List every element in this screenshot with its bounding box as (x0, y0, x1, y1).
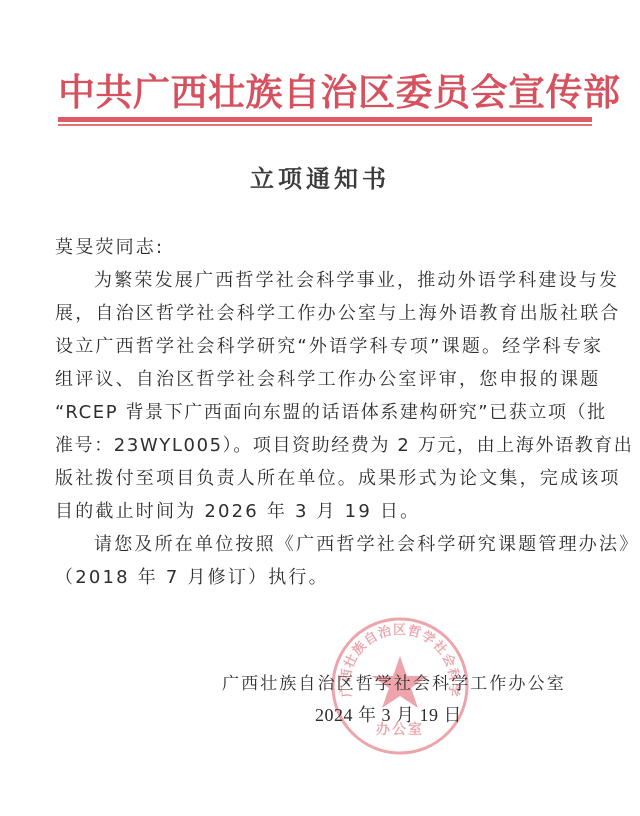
document-title: 立项通知书 (0, 164, 640, 194)
body-line-5: “RCEP 背景下广西面向东盟的话语体系建构研究”已获立项（批 (55, 401, 585, 425)
body-line-2: 展，自治区哲学社会科学工作办公室与上海外语教育出版社联合 (55, 302, 585, 326)
body-line-7: 版社拨付至项目负责人所在单位。成果形式为论文集，完成该项 (55, 467, 585, 491)
body-line-4: 组评议、自治区哲学社会科学工作办公室评审，您申报的课题 (55, 368, 585, 392)
letterhead-title: 中共广西壮族自治区委员会宣传部 (58, 70, 592, 114)
body-line-1: 为繁荣发展广西哲学社会科学事业，推动外语学科建设与发 (94, 269, 585, 293)
letterhead-thick-rule (58, 117, 592, 122)
notice-document: 中共广西壮族自治区委员会宣传部 立项通知书 莫旻荧同志: 为繁荣发展广西哲学社会… (0, 0, 640, 816)
body-line-6: 准号：23WYL005）。项目资助经费为 2 万元，由上海外语教育出 (55, 434, 585, 458)
body-line-10: （2018 年 7 月修订）执行。 (55, 566, 585, 590)
salutation: 莫旻荧同志: (55, 236, 585, 260)
letterhead-thin-rule (58, 124, 592, 126)
issue-date: 2024 年 3 月 19 日 (315, 704, 475, 726)
issuer-signature: 广西壮族自治区哲学社会科学工作办公室 (222, 673, 562, 695)
body-line-9: 请您及所在单位按照《广西哲学社会科学研究课题管理办法》 (94, 533, 585, 557)
body-line-8: 目的截止时间为 2026 年 3 月 19 日。 (55, 500, 585, 524)
body-line-3: 设立广西哲学社会科学研究“外语学科专项”课题。经学科专家 (55, 335, 585, 359)
